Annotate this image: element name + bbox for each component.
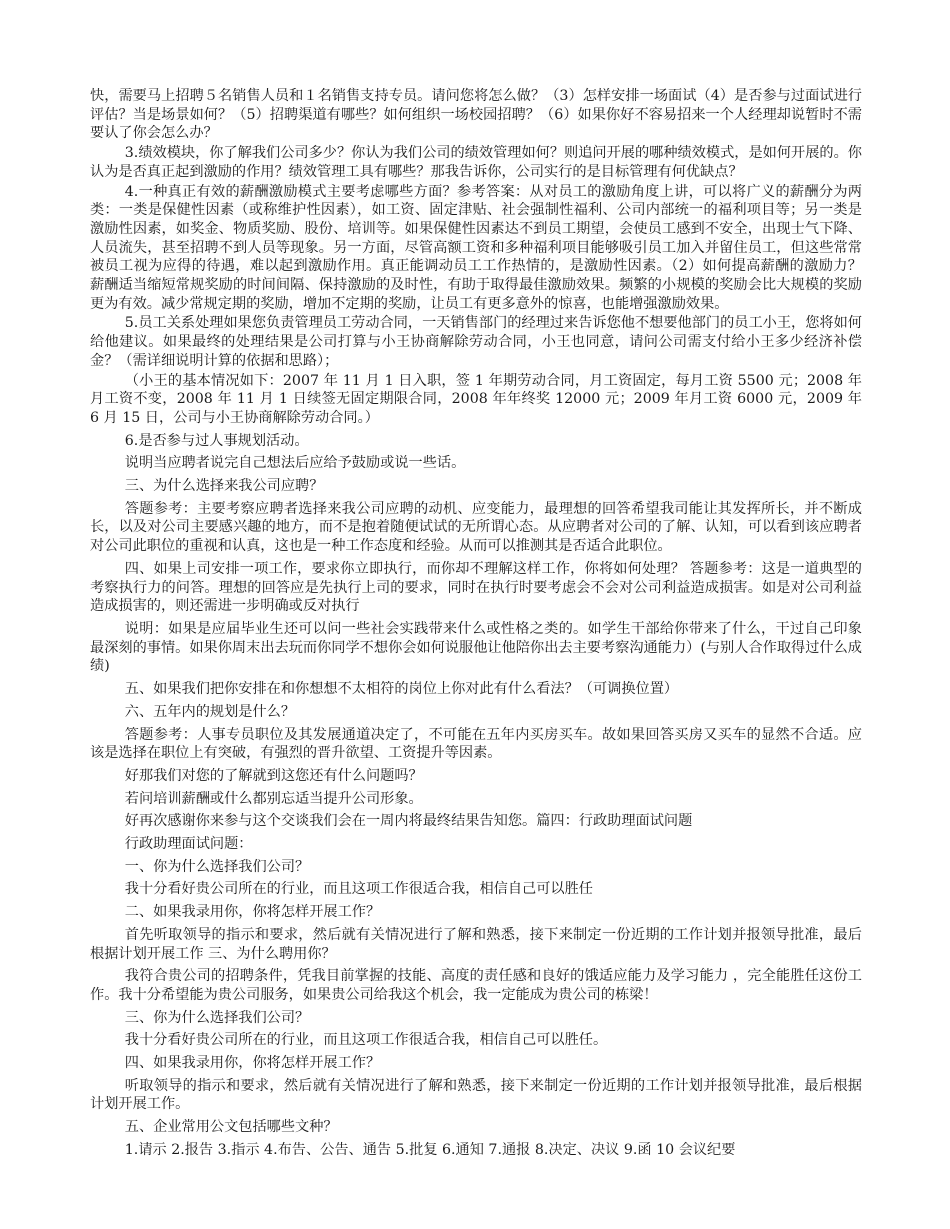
heading-five-year-plan: 六、五年内的规划是什么？	[90, 703, 862, 722]
paragraph-a5-document-list: 1.请示 2.报告 3.指示 4.布告、公告、通告 5.批复 6.通知 7.通报…	[90, 1141, 862, 1160]
paragraph-recruitment-questions: 快，需要马上招聘５名销售人员和１名销售支持专员。请问您将怎么做？（3）怎样安排一…	[90, 87, 862, 143]
paragraph-compensation-incentive: 4.一种真正有效的薪酬激励模式主要考虑哪些方面？参考答案：从对员工的激励角度上讲…	[90, 183, 862, 314]
heading-q4-how-to-work: 四、如果我录用你，你将怎样开展工作？	[90, 1054, 862, 1073]
paragraph-a4-work-plan: 听取领导的指示和要求，然后就有关情况进行了解和熟悉，接下来制定一份近期的工作计划…	[90, 1077, 862, 1114]
paragraph-a2-work-plan: 首先听取领导的指示和要求，然后就有关情况进行了解和熟悉，接下来制定一份近期的工作…	[90, 926, 862, 963]
paragraph-execution-question: 四、如果上司安排一项工作，要求你立即执行，而你却不理解这样工作，你将如何处理？ …	[90, 560, 862, 616]
paragraph-employee-relations: 5.员工关系处理如果您负责管理员工劳动合同，一天销售部门的经理过来告诉您他不想要…	[90, 314, 862, 370]
paragraph-answer-why-choose: 答题参考：主要考察应聘者选择来我公司应聘的动机、应变能力，最理想的回答希望我司能…	[90, 500, 862, 556]
paragraph-thanks-closing: 好再次感谢你来参与这个交谈我们会在一周内将最终结果告知您。篇四：行政助理面试问题	[90, 812, 862, 831]
heading-why-choose-us: 三、为什么选择来我公司应聘？	[90, 477, 862, 496]
paragraph-xiaowang-details: （小王的基本情况如下：2007 年 11 月 1 日入职，签 1 年期劳动合同，…	[90, 372, 862, 428]
paragraph-hr-planning: 6.是否参与过人事规划活动。	[90, 432, 862, 451]
heading-admin-assistant-questions: 行政助理面试问题：	[90, 835, 862, 854]
paragraph-a3-industry: 我十分看好贵公司所在的行业，而且这项工作很适合我，相信自己可以胜任。	[90, 1031, 862, 1050]
paragraph-a1-industry: 我十分看好贵公司所在的行业，而且这项工作很适合我，相信自己可以胜任	[90, 880, 862, 899]
heading-q2-how-to-work: 二、如果我录用你，你将怎样开展工作？	[90, 903, 862, 922]
paragraph-company-image: 若问培训薪酬或什么都别忘适当提升公司形象。	[90, 790, 862, 809]
paragraph-a3-qualified: 我符合贵公司的招聘条件，凭我目前掌握的技能、高度的责任感和良好的饿适应能力及学习…	[90, 967, 862, 1004]
heading-q3-why-our-company: 三、你为什么选择我们公司？	[90, 1009, 862, 1028]
heading-q1-why-our-company: 一、你为什么选择我们公司？	[90, 858, 862, 877]
paragraph-answer-five-year: 答题参考：人事专员职位及其发展通道决定了，不可能在五年内买房买车。故如果回答买房…	[90, 726, 862, 763]
heading-q5-document-types: 五、企业常用公文包括哪些文种？	[90, 1118, 862, 1137]
heading-position-mismatch: 五、如果我们把你安排在和你想想不太相符的岗位上你对此有什么看法？（可调换位置）	[90, 680, 862, 699]
paragraph-encourage-note: 说明当应聘者说完自己想法后应给予鼓励或说一些话。	[90, 454, 862, 473]
document-page: 快，需要马上招聘５名销售人员和１名销售支持专员。请问您将怎么做？（3）怎样安排一…	[90, 87, 862, 1160]
paragraph-performance-module: 3.绩效模块，你了解我们公司多少？你认为我们公司的绩效管理如何？则追问开展的哪种…	[90, 144, 862, 181]
paragraph-any-questions: 好那我们对您的了解就到这您还有什么问题吗？	[90, 767, 862, 786]
paragraph-graduate-note: 说明：如果是应届毕业生还可以问一些社会实践带来什么或性格之类的。如学生干部给你带…	[90, 620, 862, 676]
